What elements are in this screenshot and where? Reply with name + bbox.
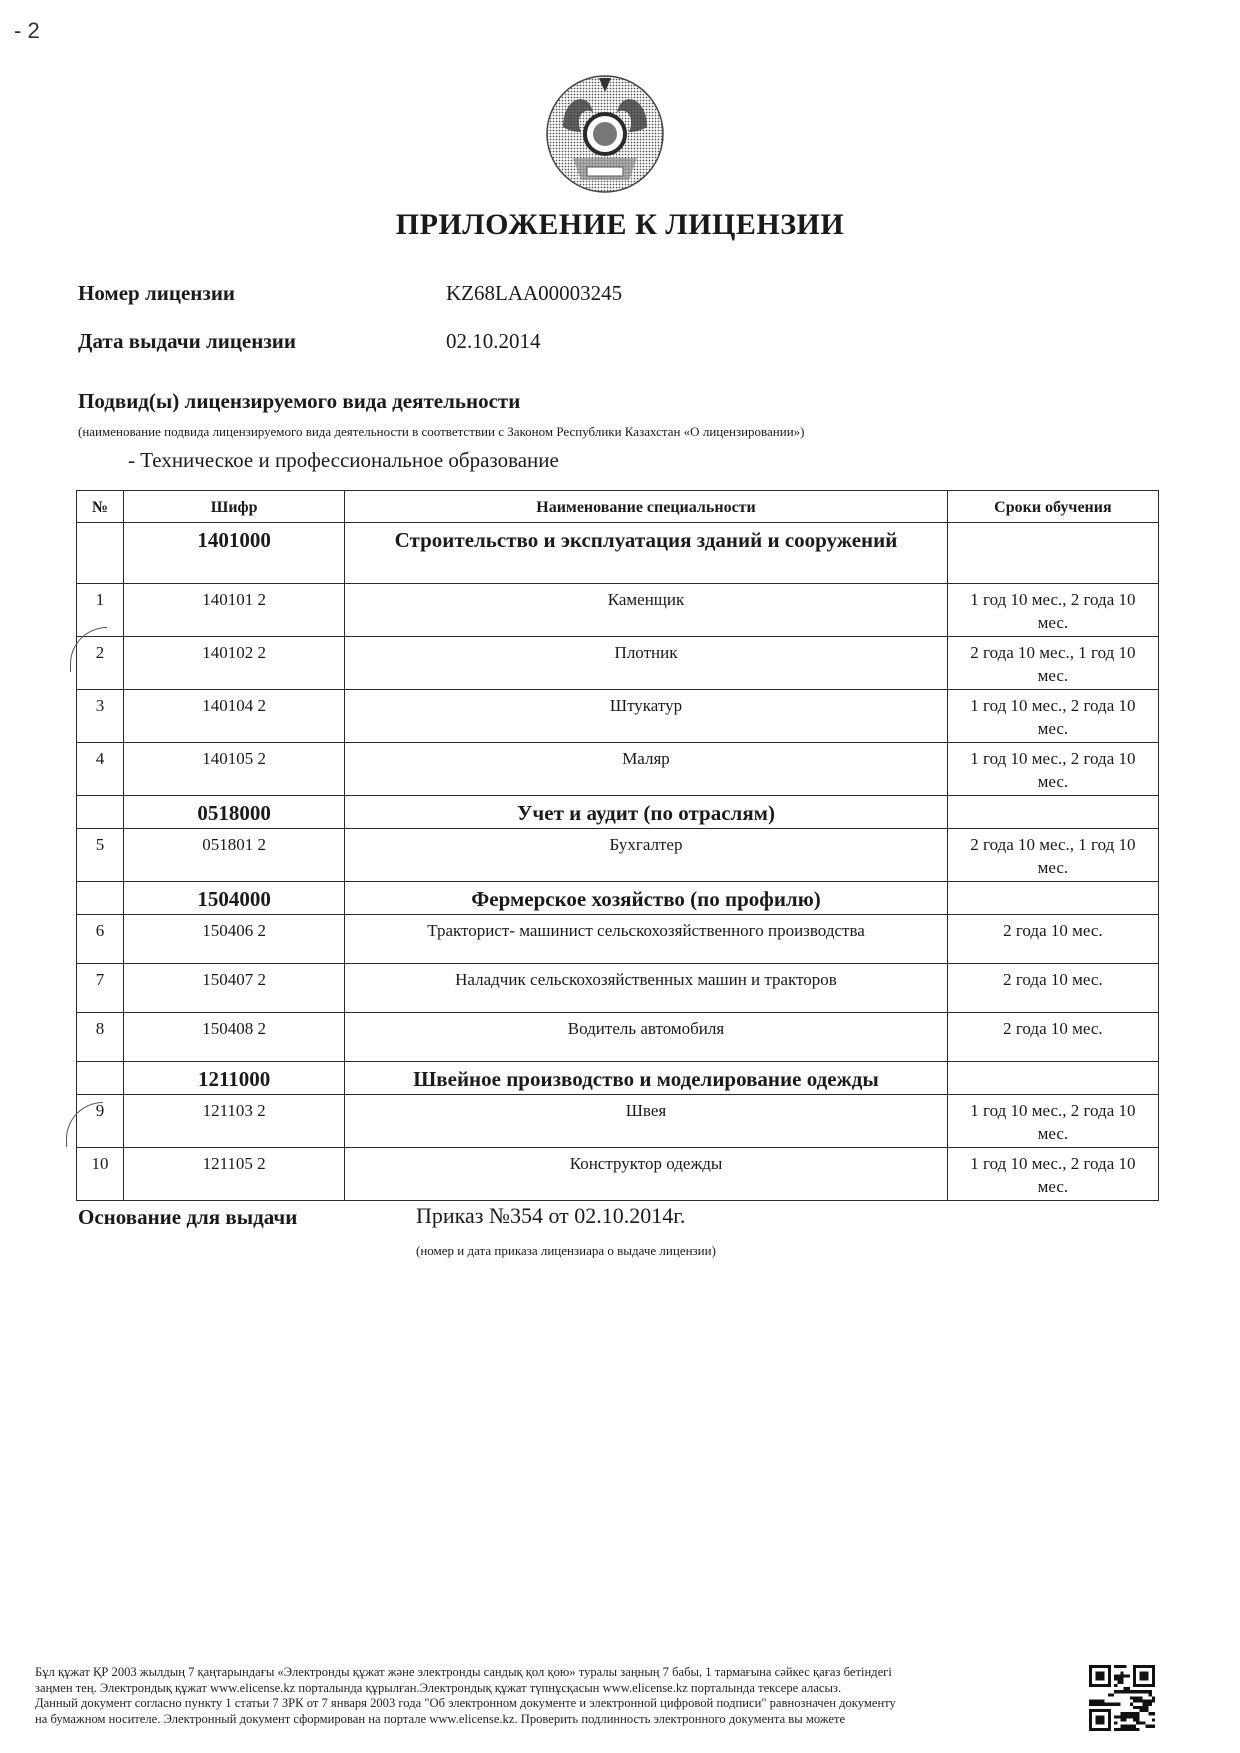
basis-value: Приказ №354 от 02.10.2014г. (416, 1203, 685, 1229)
scan-artifact-arc (66, 1102, 103, 1147)
group-name: Швейное производство и моделирование оде… (345, 1062, 948, 1095)
row-number: 5 (77, 829, 124, 882)
table-row: 10121105 2Конструктор одежды1 год 10 мес… (77, 1148, 1159, 1201)
group-number-cell (77, 796, 124, 829)
row-code: 140105 2 (124, 743, 345, 796)
table-header-row: № Шифр Наименование специальности Сроки … (77, 491, 1159, 523)
table-row: 8150408 2Водитель автомобиля2 года 10 ме… (77, 1013, 1159, 1062)
group-term-cell (947, 1062, 1158, 1095)
table-row: 4140105 2Маляр1 год 10 мес., 2 года 10 м… (77, 743, 1159, 796)
table-row: 9121103 2Швея1 год 10 мес., 2 года 10 ме… (77, 1095, 1159, 1148)
row-specialty: Конструктор одежды (345, 1148, 948, 1201)
state-emblem-icon (543, 72, 667, 196)
group-code: 1401000 (124, 523, 345, 584)
row-specialty: Швея (345, 1095, 948, 1148)
row-specialty: Тракторист- машинист сельскохозяйственно… (345, 915, 948, 964)
table-group-row: 1401000Строительство и эксплуатация здан… (77, 523, 1159, 584)
header-number: № (77, 491, 124, 523)
group-name: Строительство и эксплуатация зданий и со… (345, 523, 948, 584)
subtypes-note: (наименование подвида лицензируемого вид… (78, 424, 804, 440)
row-code: 150406 2 (124, 915, 345, 964)
license-number-label: Номер лицензии (78, 281, 235, 306)
basis-note: (номер и дата приказа лицензиара о выдач… (416, 1243, 716, 1259)
row-number: 4 (77, 743, 124, 796)
page-number-mark: - 2 (14, 18, 40, 44)
basis-label: Основание для выдачи (78, 1205, 297, 1230)
row-code: 051801 2 (124, 829, 345, 882)
row-term: 2 года 10 мес., 1 год 10 мес. (947, 637, 1158, 690)
row-specialty: Штукатур (345, 690, 948, 743)
row-specialty: Водитель автомобиля (345, 1013, 948, 1062)
group-term-cell (947, 523, 1158, 584)
document-title: ПРИЛОЖЕНИЕ К ЛИЦЕНЗИИ (0, 208, 1240, 242)
group-number-cell (77, 1062, 124, 1095)
table-group-row: 1211000Швейное производство и моделирова… (77, 1062, 1159, 1095)
table-group-row: 0518000Учет и аудит (по отраслям) (77, 796, 1159, 829)
group-name: Фермерское хозяйство (по профилю) (345, 882, 948, 915)
group-code: 0518000 (124, 796, 345, 829)
row-specialty: Наладчик сельскохозяйственных машин и тр… (345, 964, 948, 1013)
row-term: 1 год 10 мес., 2 года 10 мес. (947, 584, 1158, 637)
row-number: 7 (77, 964, 124, 1013)
row-number: 6 (77, 915, 124, 964)
table-row: 6150406 2Тракторист- машинист сельскохоз… (77, 915, 1159, 964)
row-term: 1 год 10 мес., 2 года 10 мес. (947, 690, 1158, 743)
table-row: 5051801 2Бухгалтер2 года 10 мес., 1 год … (77, 829, 1159, 882)
group-name: Учет и аудит (по отраслям) (345, 796, 948, 829)
row-code: 140104 2 (124, 690, 345, 743)
group-term-cell (947, 882, 1158, 915)
group-number-cell (77, 882, 124, 915)
table-body: 1401000Строительство и эксплуатация здан… (77, 523, 1159, 1201)
license-date-value: 02.10.2014 (446, 329, 541, 354)
footer-line: Данный документ согласно пункту 1 статьи… (35, 1696, 1075, 1712)
group-term-cell (947, 796, 1158, 829)
row-term: 1 год 10 мес., 2 года 10 мес. (947, 1148, 1158, 1201)
activity-type: - Техническое и профессиональное образов… (128, 448, 559, 473)
row-code: 121103 2 (124, 1095, 345, 1148)
row-number: 8 (77, 1013, 124, 1062)
license-date-label: Дата выдачи лицензии (78, 329, 296, 354)
row-specialty: Маляр (345, 743, 948, 796)
row-term: 2 года 10 мес. (947, 915, 1158, 964)
group-code: 1504000 (124, 882, 345, 915)
row-number: 3 (77, 690, 124, 743)
footer-legal-text: Бұл құжат ҚР 2003 жылдың 7 қаңтарындағы … (35, 1665, 1075, 1727)
subtypes-heading: Подвид(ы) лицензируемого вида деятельнос… (78, 389, 520, 414)
footer-line: заңмен тең. Электрондық құжат www.elicen… (35, 1681, 1075, 1697)
row-specialty: Плотник (345, 637, 948, 690)
table-row: 1140101 2Каменщик1 год 10 мес., 2 года 1… (77, 584, 1159, 637)
qr-code-icon (1087, 1665, 1157, 1731)
row-code: 140101 2 (124, 584, 345, 637)
license-number-value: KZ68LAA00003245 (446, 281, 622, 306)
table-group-row: 1504000Фермерское хозяйство (по профилю) (77, 882, 1159, 915)
row-term: 2 года 10 мес., 1 год 10 мес. (947, 829, 1158, 882)
row-specialty: Каменщик (345, 584, 948, 637)
header-code: Шифр (124, 491, 345, 523)
row-term: 2 года 10 мес. (947, 1013, 1158, 1062)
table-row: 3140104 2Штукатур1 год 10 мес., 2 года 1… (77, 690, 1159, 743)
header-specialty: Наименование специальности (345, 491, 948, 523)
row-code: 140102 2 (124, 637, 345, 690)
row-term: 1 год 10 мес., 2 года 10 мес. (947, 743, 1158, 796)
row-code: 150407 2 (124, 964, 345, 1013)
row-term: 1 год 10 мес., 2 года 10 мес. (947, 1095, 1158, 1148)
header-term: Сроки обучения (947, 491, 1158, 523)
row-term: 2 года 10 мес. (947, 964, 1158, 1013)
row-number: 10 (77, 1148, 124, 1201)
table-row: 7150407 2Наладчик сельскохозяйственных м… (77, 964, 1159, 1013)
footer-line: Бұл құжат ҚР 2003 жылдың 7 қаңтарындағы … (35, 1665, 1075, 1681)
footer-line: на бумажном носителе. Электронный докуме… (35, 1712, 1075, 1728)
group-number-cell (77, 523, 124, 584)
row-code: 150408 2 (124, 1013, 345, 1062)
row-code: 121105 2 (124, 1148, 345, 1201)
group-code: 1211000 (124, 1062, 345, 1095)
specialties-table: № Шифр Наименование специальности Сроки … (76, 490, 1159, 1201)
row-specialty: Бухгалтер (345, 829, 948, 882)
table-row: 2140102 2Плотник2 года 10 мес., 1 год 10… (77, 637, 1159, 690)
